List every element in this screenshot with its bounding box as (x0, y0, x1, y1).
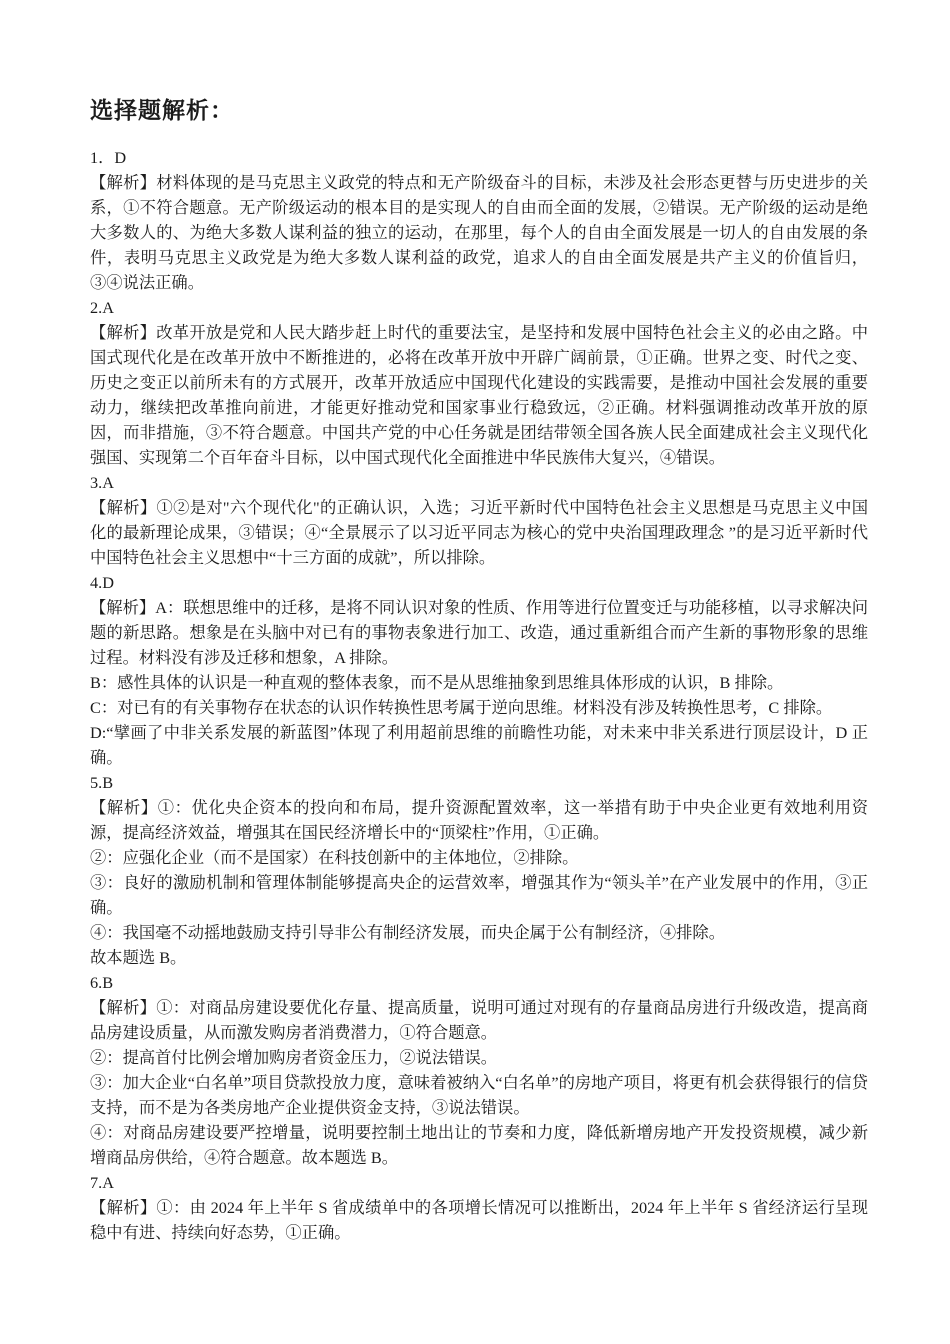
explanation-paragraph: 【解析】材料体现的是马克思主义政党的特点和无产阶级奋斗的目标，未涉及社会形态更替… (90, 170, 868, 295)
explanation-paragraph: 【解析】①：优化央企资本的投向和布局，提升资源配置效率，这一举措有助于中央企业更… (90, 795, 868, 845)
explanation-paragraph: 【解析】①②是对"六个现代化"的正确认识，入选；习近平新时代中国特色社会主义思想… (90, 495, 868, 570)
explanation-paragraph: ③：良好的激励机制和管理体制能够提高央企的运营效率，增强其作为“领头羊”在产业发… (90, 870, 868, 920)
answer-line: 1．D (90, 145, 868, 170)
explanation-paragraph: ②：提高首付比例会增加购房者资金压力，②说法错误。 (90, 1045, 868, 1070)
explanation-paragraph: 【解析】A：联想思维中的迁移，是将不同认识对象的性质、作用等进行位置变迁与功能移… (90, 595, 868, 670)
answer-line: 4.D (90, 570, 868, 595)
explanation-paragraph: ③：加大企业“白名单”项目贷款投放力度，意味着被纳入“白名单”的房地产项目，将更… (90, 1070, 868, 1120)
explanation-paragraph: D:“擘画了中非关系发展的新蓝图”体现了利用超前思维的前瞻性功能，对未来中非关系… (90, 720, 868, 770)
question-block-7: 7.A 【解析】①：由 2024 年上半年 S 省成绩单中的各项增长情况可以推断… (90, 1170, 868, 1245)
explanation-paragraph: 故本题选 B。 (90, 945, 868, 970)
explanation-paragraph: 【解析】①：对商品房建设要优化存量、提高质量，说明可通过对现有的存量商品房进行升… (90, 995, 868, 1045)
question-block-2: 2.A 【解析】改革开放是党和人民大踏步赶上时代的重要法宝，是坚持和发展中国特色… (90, 295, 868, 470)
answer-line: 6.B (90, 970, 868, 995)
answer-line: 2.A (90, 295, 868, 320)
document-page: 选择题解析： 1．D 【解析】材料体现的是马克思主义政党的特点和无产阶级奋斗的目… (0, 0, 950, 1344)
page-title: 选择题解析： (90, 96, 868, 126)
explanation-paragraph: 【解析】改革开放是党和人民大踏步赶上时代的重要法宝，是坚持和发展中国特色社会主义… (90, 320, 868, 470)
answer-line: 5.B (90, 770, 868, 795)
answer-line: 3.A (90, 470, 868, 495)
answer-line: 7.A (90, 1170, 868, 1195)
explanation-paragraph: 【解析】①：由 2024 年上半年 S 省成绩单中的各项增长情况可以推断出，20… (90, 1195, 868, 1245)
explanation-paragraph: ②：应强化企业（而不是国家）在科技创新中的主体地位，②排除。 (90, 845, 868, 870)
explanation-paragraph: ④：对商品房建设要严控增量，说明要控制土地出让的节奏和力度，降低新增房地产开发投… (90, 1120, 868, 1170)
question-block-6: 6.B 【解析】①：对商品房建设要优化存量、提高质量，说明可通过对现有的存量商品… (90, 970, 868, 1170)
question-block-1: 1．D 【解析】材料体现的是马克思主义政党的特点和无产阶级奋斗的目标，未涉及社会… (90, 145, 868, 295)
explanation-paragraph: ④：我国毫不动摇地鼓励支持引导非公有制经济发展，而央企属于公有制经济，④排除。 (90, 920, 868, 945)
question-block-4: 4.D 【解析】A：联想思维中的迁移，是将不同认识对象的性质、作用等进行位置变迁… (90, 570, 868, 770)
question-block-5: 5.B 【解析】①：优化央企资本的投向和布局，提升资源配置效率，这一举措有助于中… (90, 770, 868, 970)
document-content: 选择题解析： 1．D 【解析】材料体现的是马克思主义政党的特点和无产阶级奋斗的目… (90, 96, 868, 1245)
explanation-paragraph: B：感性具体的认识是一种直观的整体表象，而不是从思维抽象到思维具体形成的认识，B… (90, 670, 868, 695)
question-block-3: 3.A 【解析】①②是对"六个现代化"的正确认识，入选；习近平新时代中国特色社会… (90, 470, 868, 570)
explanation-paragraph: C：对已有的有关事物存在状态的认识作转换性思考属于逆向思维。材料没有涉及转换性思… (90, 695, 868, 720)
